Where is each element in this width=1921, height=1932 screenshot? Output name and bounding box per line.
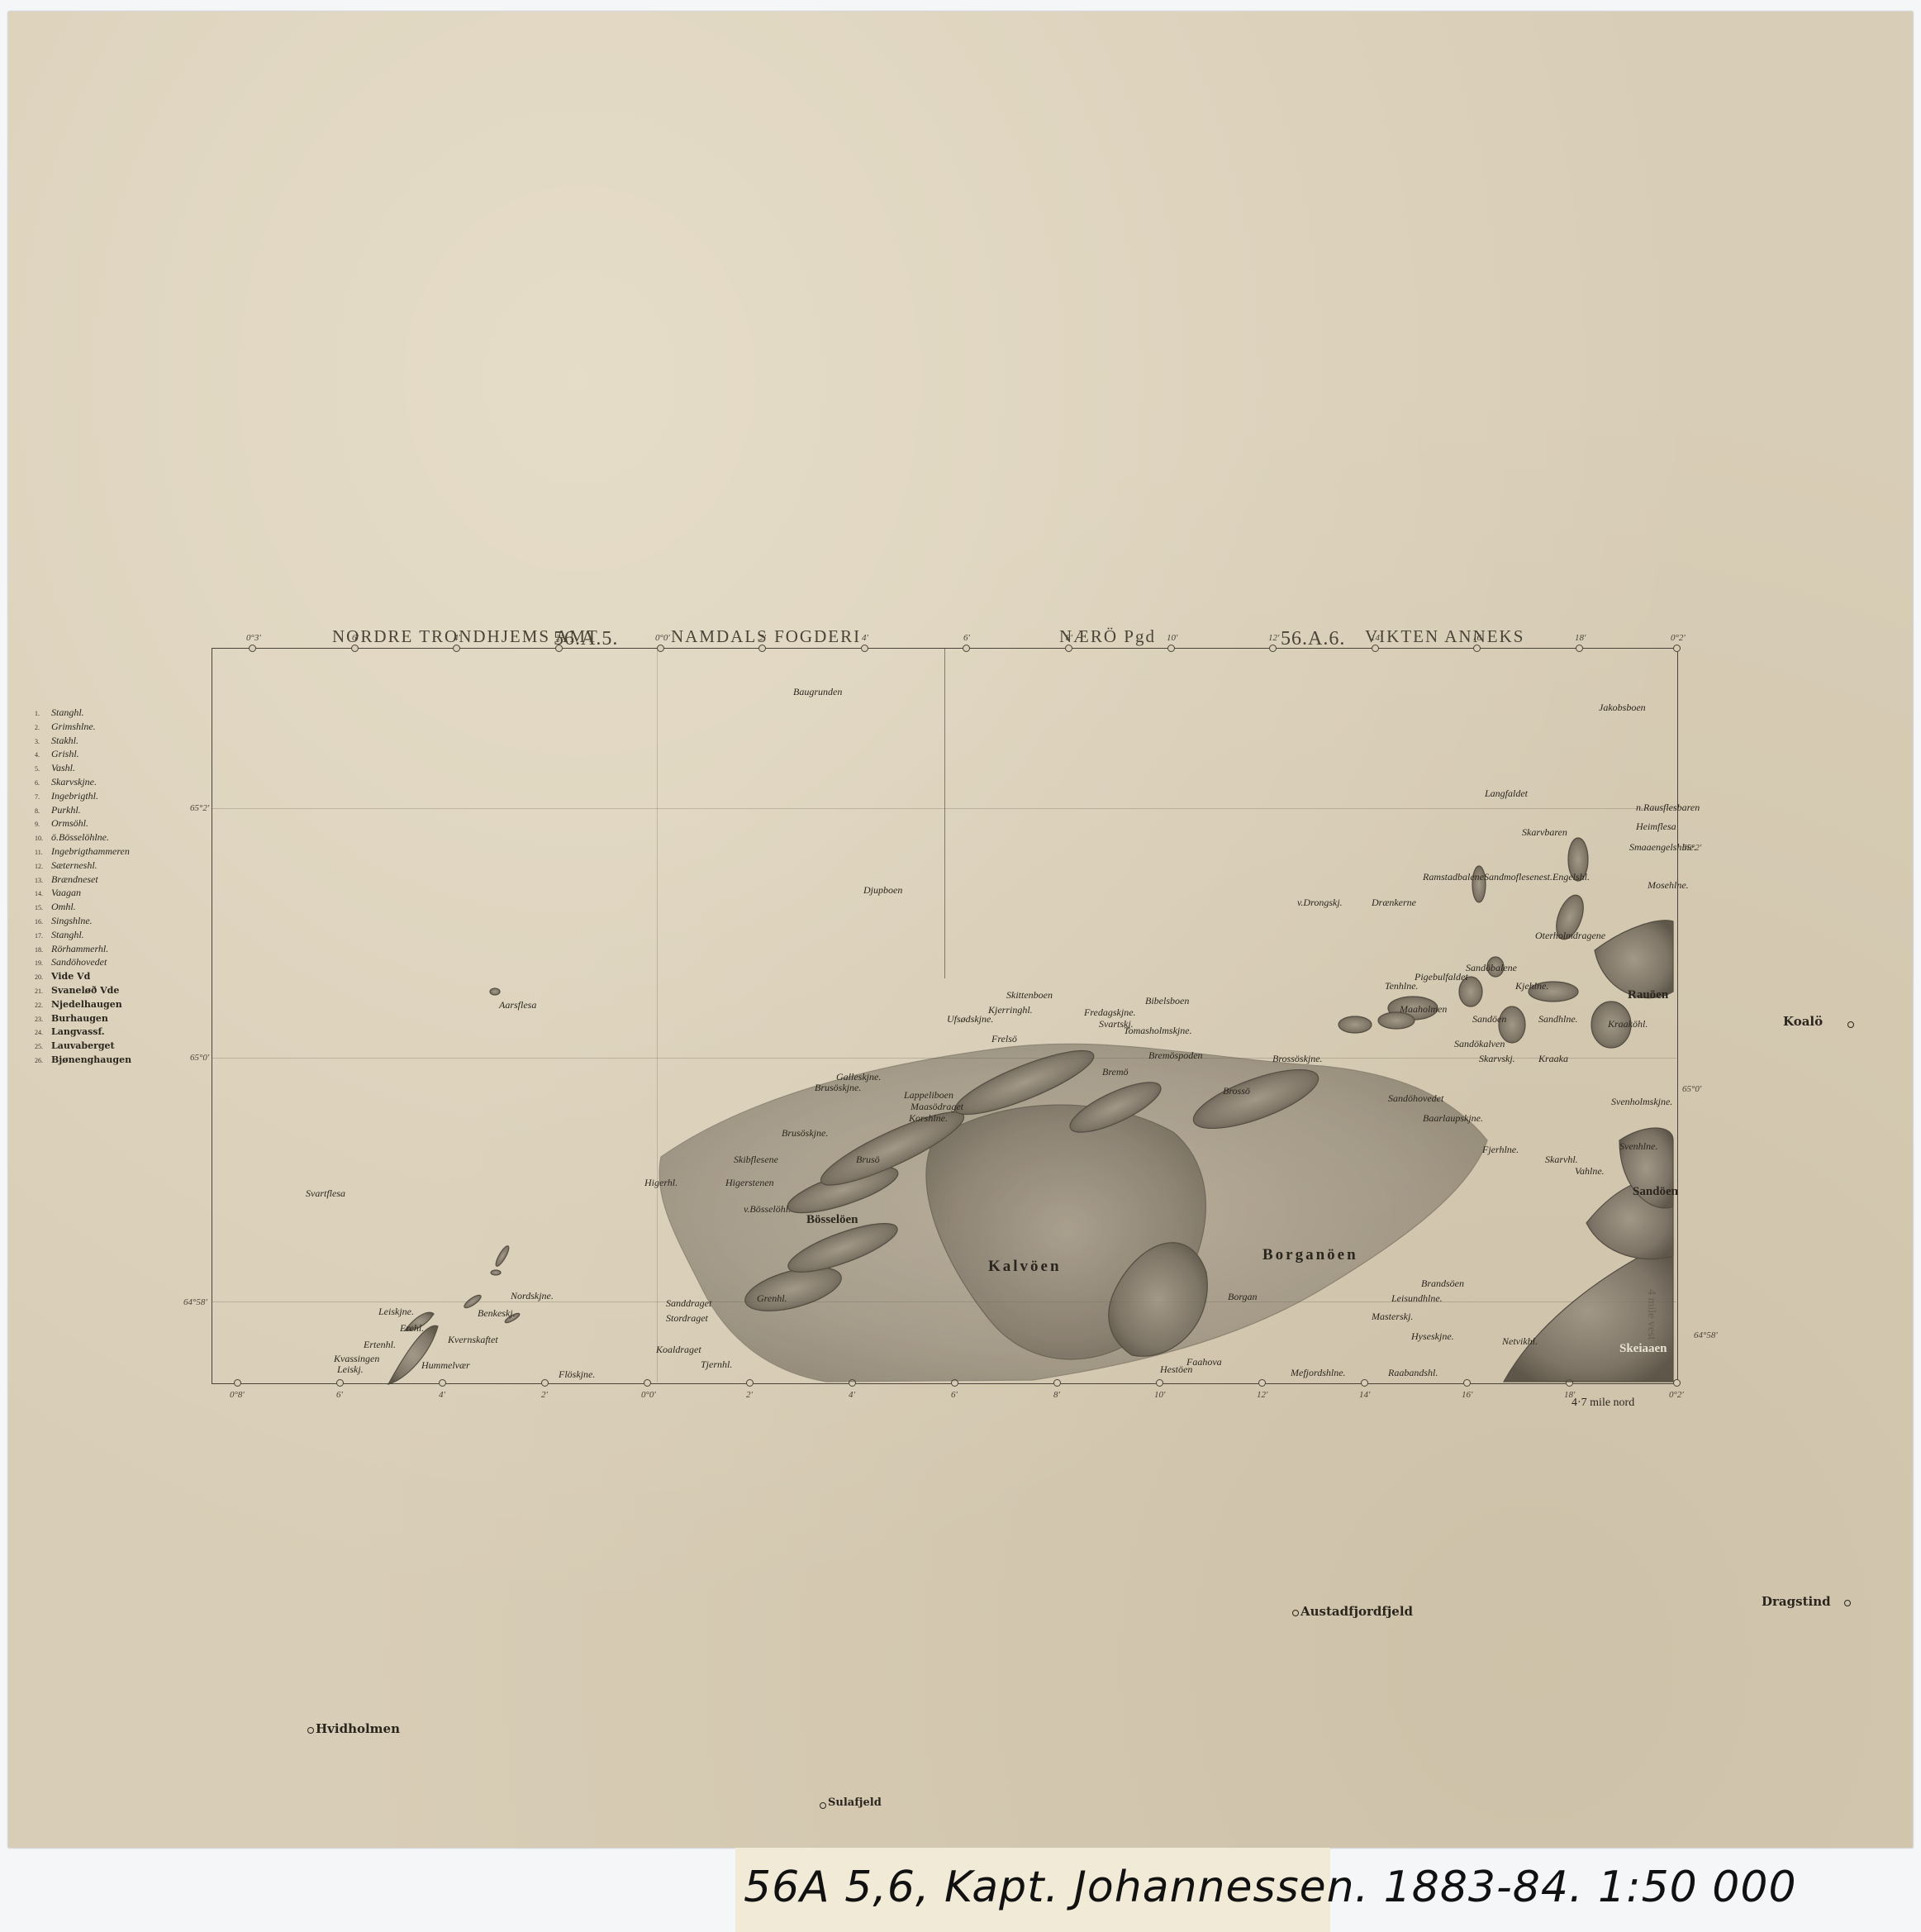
place-label: Bremö [1102,1066,1129,1078]
summit-marker [820,1802,826,1809]
place-label: Brossöskjne. [1272,1053,1323,1065]
place-label: Svenholmskjne. [1611,1096,1672,1108]
place-label: v.Bösselöhl. [744,1203,791,1216]
place-label: Maaholmen [1400,1003,1447,1016]
summit-marker [307,1727,314,1734]
place-label: Fjerhlne. [1482,1144,1519,1156]
place-label: Brusöskjne. [782,1127,828,1140]
place-label: Heimflesa [1636,821,1676,833]
place-label: Sandmoflesene [1484,871,1543,883]
place-label: Mefjordshlne. [1291,1367,1346,1379]
place-label: Mosehlne. [1648,879,1689,892]
place-label: Hummelvær [421,1359,470,1372]
place-label: Jakobsboen [1599,702,1646,714]
place-label: Koaldraget [656,1344,701,1356]
place-label: Skibflesene [734,1154,778,1166]
place-label: v.Drongskj. [1297,897,1343,909]
place-label: Leiskj. [337,1363,364,1376]
place-label: Faahova [1186,1356,1222,1368]
place-label: Sandöen [1633,1185,1678,1199]
place-label: st.Engelshl. [1543,871,1590,883]
catalog-label-text: 56A 5,6, Kapt. Johannessen. 1883-84. 1:5… [744,1863,1797,1912]
place-label: Stordraget [666,1312,708,1325]
place-label: Vahlne. [1575,1165,1605,1178]
place-label: Sulafjeld [828,1796,882,1809]
place-label: Netvikhl. [1502,1335,1538,1348]
place-label: Borgan [1228,1291,1258,1303]
place-label: Svartflesa [306,1187,345,1200]
place-label: Rauöen [1628,988,1668,1002]
place-label: Leiskjne. [378,1306,414,1318]
place-label: Brusö [856,1154,880,1166]
place-label: Sandökalven [1454,1038,1505,1050]
place-label: Higerhl. [644,1177,678,1189]
place-label: Bremöspoden [1148,1049,1203,1062]
summit-marker [1292,1610,1299,1616]
place-label: Smaaengelshlne. [1629,841,1696,854]
place-label: Skarvskj. [1479,1053,1515,1065]
place-label: Skittenboen [1006,989,1053,1002]
place-label: Kraaka [1538,1053,1568,1065]
summit-marker [1844,1600,1851,1606]
place-label: Korshlne. [909,1112,948,1125]
place-label: Flöskjne. [559,1368,595,1381]
place-label: Raabandshl. [1388,1367,1438,1379]
place-label: Tomasholmskjne. [1124,1025,1192,1037]
place-label: n.Rausflesbaren [1636,802,1700,814]
place-label: Nordskjne. [511,1290,554,1302]
place-label: Hyseskjne. [1411,1330,1454,1343]
place-label: Aarsflesa [499,999,536,1011]
place-label: Drænkerne [1372,897,1416,909]
place-label: Ertenhl. [364,1339,396,1351]
place-label: Kalvöen [988,1258,1062,1276]
place-label: Koalö [1783,1014,1823,1029]
place-label: Skarvbaren [1522,826,1567,839]
place-label: Sandöhovedet [1388,1092,1443,1105]
place-label: Skarvhl. [1545,1154,1578,1166]
place-label: Austadfjordfjeld [1300,1604,1413,1619]
place-label: Baugrunden [793,686,842,698]
place-label: Grenhl. [757,1292,787,1305]
place-label: Erehl. [400,1322,424,1335]
point-marker [1847,1021,1854,1028]
place-label: Brandsöen [1421,1278,1464,1290]
place-label: Baarlaupskjne. [1423,1112,1483,1125]
place-label: Bösselöen [806,1213,858,1227]
place-label: Frelsö [991,1033,1017,1045]
place-label: Djupboen [863,884,902,897]
place-label: Bibelsboen [1145,995,1189,1007]
place-label: Kjerringhl. [988,1004,1033,1016]
place-label: Maasödraget [911,1101,963,1113]
place-label: Sandöbalene [1466,962,1517,974]
place-label: Sanddraget [666,1297,711,1310]
place-label: Hvidholmen [316,1721,400,1736]
place-label: Kjehlne. [1515,980,1548,992]
place-label: Leisundhlne. [1391,1292,1443,1305]
place-label: Benkeskj. [478,1307,516,1320]
place-label: Dragstind [1762,1594,1831,1609]
place-label: Ufsødskjne. [947,1013,993,1025]
place-label: Brusöskjne. [815,1082,861,1094]
coastline-relief [0,0,1921,1932]
place-label: Masterskj. [1372,1311,1413,1323]
place-label: Ramstadbalene [1423,871,1484,883]
place-label: Sandhlne. [1538,1013,1578,1025]
place-label: Higerstenen [725,1177,774,1189]
place-label: Svenhlne. [1619,1140,1657,1153]
place-label: Oterholmdragene [1535,930,1605,942]
place-label: Langfaldet [1485,788,1528,800]
place-label: Kraaköhl. [1608,1018,1648,1030]
place-label: Sandöen [1472,1013,1506,1025]
place-label: Pigebulfaldet [1415,971,1468,983]
place-label: Brossö [1223,1085,1250,1097]
place-label: Kvernskaftet [448,1334,498,1346]
place-label: Fredagskjne. [1084,1006,1136,1019]
place-label: Tjernhl. [701,1359,732,1371]
place-label: Lappeliboen [904,1089,953,1102]
catalog-label: 56A 5,6, Kapt. Johannessen. 1883-84. 1:5… [735,1848,1330,1932]
place-label: Borganöen [1262,1246,1358,1264]
place-label: Skeiaaen [1619,1342,1667,1356]
place-label: Tenhlne. [1385,980,1419,992]
